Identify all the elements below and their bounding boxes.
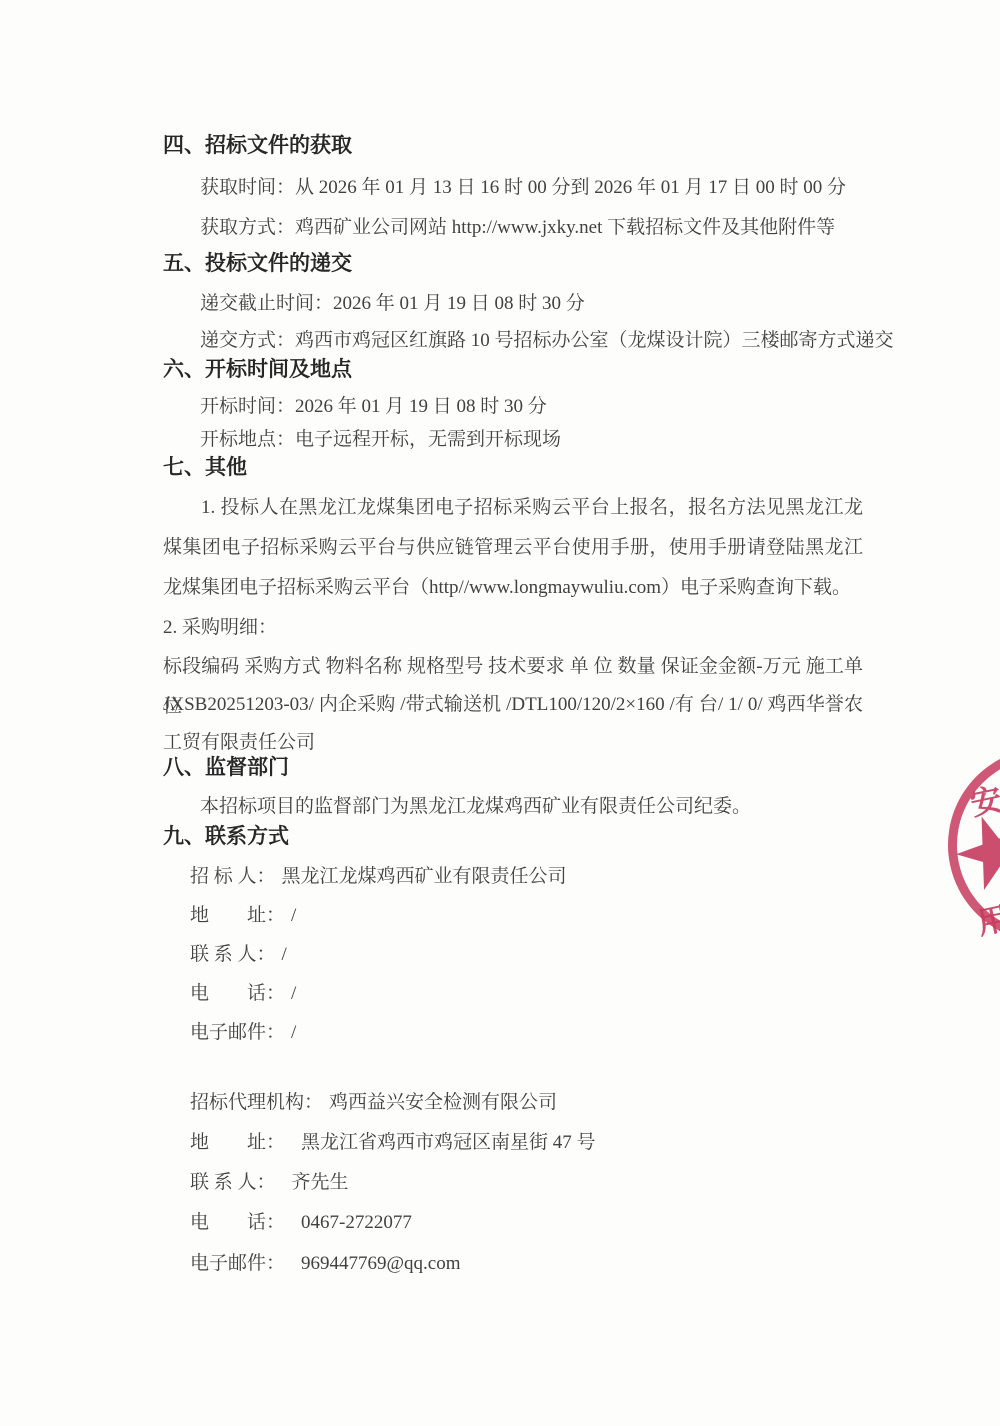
open-place-line: 开标地点：电子远程开标，无需到开标现场 [200, 426, 561, 454]
tenderer-name-line: 招 标 人：黑龙江龙煤鸡西矿业有限责任公司 [190, 863, 567, 891]
open-place-label: 开标地点： [200, 429, 295, 450]
submit-deadline-value: 2026 年 01 月 19 日 08 时 30 分 [333, 293, 585, 314]
agency-name-label: 招标代理机构： [190, 1092, 323, 1113]
seal-star-icon: ★ [937, 792, 1000, 912]
section-9-heading: 九、联系方式 [163, 823, 289, 851]
open-time-line: 开标时间：2026 年 01 月 19 日 08 时 30 分 [200, 393, 547, 421]
tenderer-name-label: 招 标 人： [190, 866, 276, 887]
supervision-paragraph: 本招标项目的监督部门为黑龙江龙煤鸡西矿业有限责任公司纪委。 [200, 793, 751, 821]
tenderer-address-value: / [291, 905, 296, 926]
tenderer-phone-label: 电 话： [190, 983, 285, 1004]
agency-contact-label: 联 系 人： [190, 1172, 276, 1193]
agency-phone-label: 电 话： [190, 1212, 285, 1233]
section-6-heading: 六、开标时间及地点 [163, 356, 352, 384]
tenderer-phone-line: 电 话：/ [190, 980, 296, 1008]
tenderer-phone-value: / [291, 983, 296, 1004]
tenderer-contact-value: / [282, 944, 287, 965]
agency-email-label: 电子邮件： [190, 1253, 285, 1274]
obtain-time-line: 获取时间：从 2026 年 01 月 13 日 16 时 00 分到 2026 … [200, 174, 846, 202]
submit-deadline-label: 递交截止时间： [200, 293, 333, 314]
submit-method-label: 递交方式： [200, 330, 295, 351]
submit-deadline-line: 递交截止时间：2026 年 01 月 19 日 08 时 30 分 [200, 290, 585, 318]
section-4-heading: 四、招标文件的获取 [163, 132, 352, 160]
section-5-heading: 五、投标文件的递交 [163, 250, 352, 278]
open-place-value: 电子远程开标，无需到开标现场 [295, 429, 561, 450]
obtain-time-label: 获取时间： [200, 177, 295, 198]
tenderer-contact-line: 联 系 人：/ [190, 941, 287, 969]
tenderer-address-line: 地 址：/ [190, 902, 296, 930]
agency-address-value: 黑龙江省鸡西市鸡冠区南星街 47 号 [301, 1132, 596, 1153]
red-company-seal: 安 ★ 用章 [930, 730, 1000, 960]
procurement-table-row: JXSB20251203-03/ 内企采购 /带式输送机 /DTL100/120… [163, 686, 863, 762]
obtain-method-line: 获取方式：鸡西矿业公司网站 http://www.jxky.net 下载招标文件… [200, 214, 835, 242]
submit-method-value: 鸡西市鸡冠区红旗路 10 号招标办公室（龙煤设计院）三楼邮寄方式递交 [295, 330, 894, 351]
open-time-value: 2026 年 01 月 19 日 08 时 30 分 [295, 396, 547, 417]
agency-address-line: 地 址：黑龙江省鸡西市鸡冠区南星街 47 号 [190, 1129, 596, 1157]
procurement-detail-label: 2. 采购明细： [163, 608, 863, 648]
section-7-heading: 七、其他 [163, 454, 247, 482]
agency-contact-line: 联 系 人：齐先生 [190, 1169, 349, 1197]
tenderer-name-value: 黑龙江龙煤鸡西矿业有限责任公司 [282, 866, 567, 887]
agency-phone-line: 电 话：0467-2722077 [190, 1209, 412, 1237]
tenderer-email-line: 电子邮件：/ [190, 1019, 296, 1047]
agency-name-value: 鸡西益兴安全检测有限公司 [329, 1092, 557, 1113]
tenderer-address-label: 地 址： [190, 905, 285, 926]
agency-contact-value: 齐先生 [292, 1172, 349, 1193]
agency-name-line: 招标代理机构：鸡西益兴安全检测有限公司 [190, 1089, 557, 1117]
agency-phone-value: 0467-2722077 [301, 1212, 412, 1233]
registration-paragraph: 1. 投标人在黑龙江龙煤集团电子招标采购云平台上报名，报名方法见黑龙江龙煤集团电… [163, 488, 863, 608]
tenderer-contact-label: 联 系 人： [190, 944, 276, 965]
obtain-method-value: 鸡西矿业公司网站 http://www.jxky.net 下载招标文件及其他附件… [295, 217, 835, 238]
section-8-heading: 八、监督部门 [163, 754, 289, 782]
obtain-time-value: 从 2026 年 01 月 13 日 16 时 00 分到 2026 年 01 … [295, 177, 846, 198]
agency-email-value: 969447769@qq.com [301, 1253, 460, 1274]
open-time-label: 开标时间： [200, 396, 295, 417]
agency-address-label: 地 址： [190, 1132, 285, 1153]
agency-email-line: 电子邮件：969447769@qq.com [190, 1250, 460, 1278]
tenderer-email-label: 电子邮件： [190, 1022, 285, 1043]
tender-document-page: 四、招标文件的获取 获取时间：从 2026 年 01 月 13 日 16 时 0… [0, 0, 1000, 1426]
tenderer-email-value: / [291, 1022, 296, 1043]
submit-method-line: 递交方式：鸡西市鸡冠区红旗路 10 号招标办公室（龙煤设计院）三楼邮寄方式递交 [200, 327, 894, 355]
obtain-method-label: 获取方式： [200, 217, 295, 238]
